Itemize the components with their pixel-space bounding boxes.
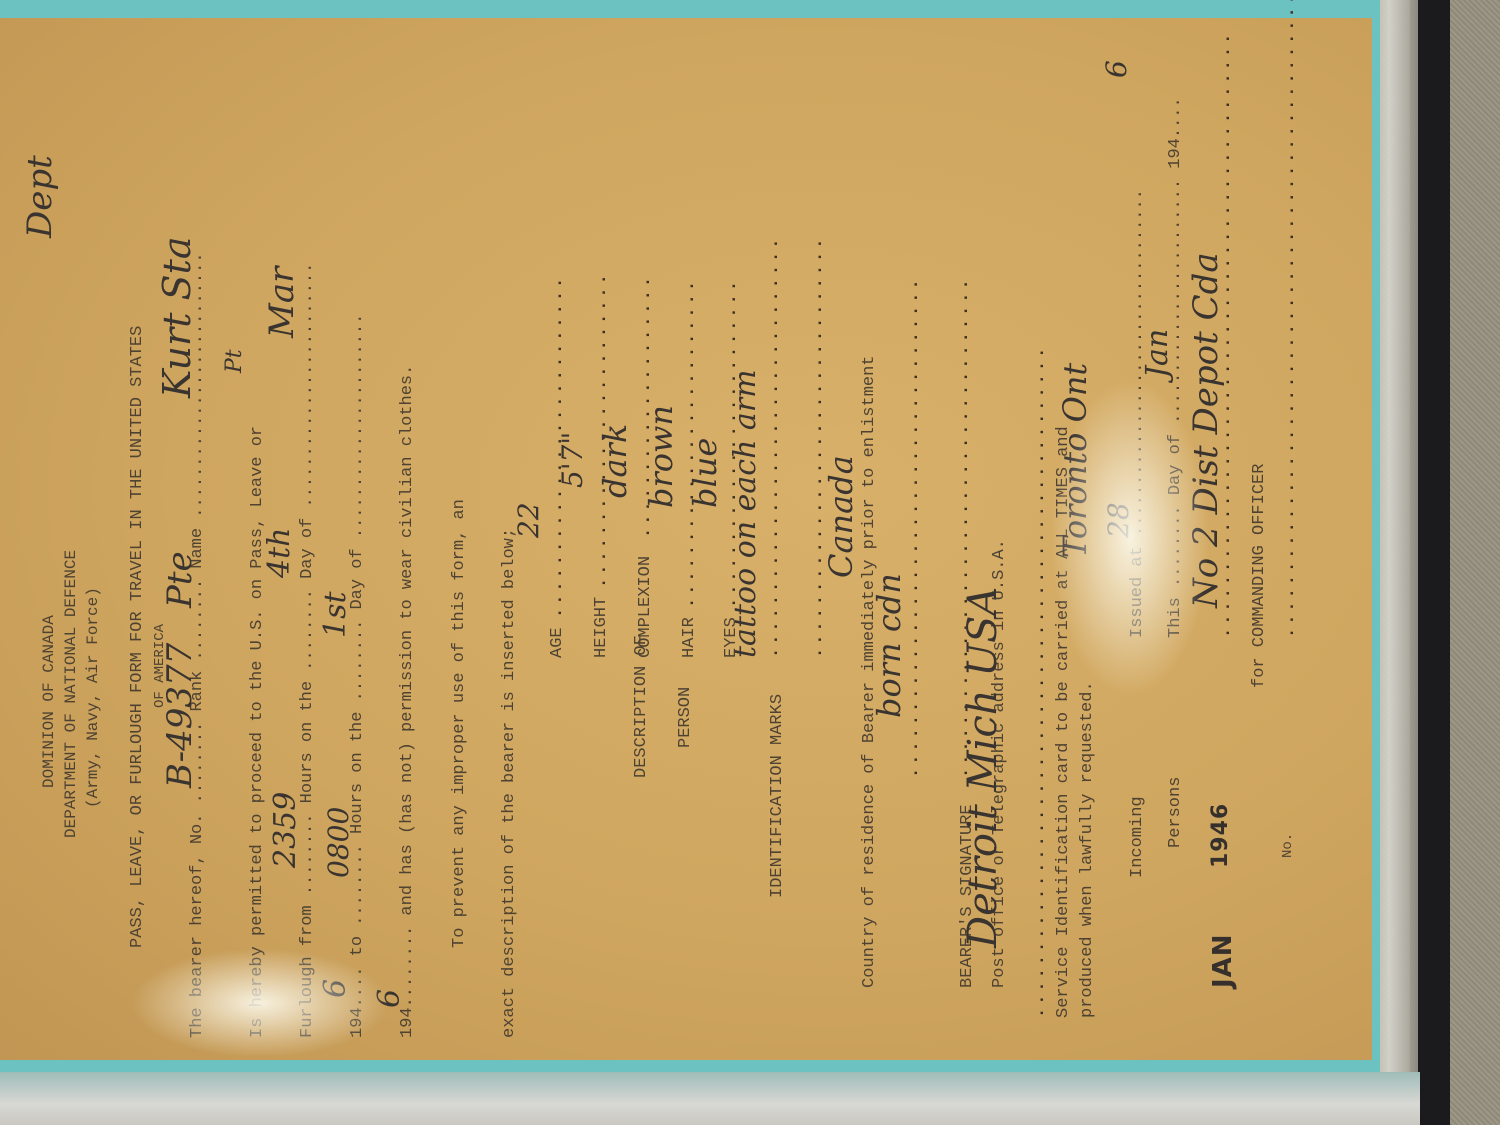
handwritten-country: Canada [822, 455, 860, 578]
header-line-2: DEPARTMENT OF NATIONAL DEFENCE [62, 550, 80, 838]
bottom-dots: ........................................… [1280, 0, 1299, 638]
handwritten-to-year: 6 [372, 989, 407, 1008]
handwritten-month: Mar [262, 267, 302, 338]
handwritten-country-detail: born cdn [870, 573, 908, 718]
no-label: No. [1280, 833, 1296, 858]
handwritten-year-start: 6 [318, 979, 353, 998]
sleeve-bottom-edge [0, 1072, 1420, 1125]
produced-line: produced when lawfully requested. [1078, 681, 1097, 1018]
handwritten-corner-note: Dept [20, 155, 60, 238]
issued-line: Issued at ..............................… [1128, 189, 1147, 638]
header-line-1: DOMINION OF CANADA [40, 615, 58, 788]
identification-dots-1: ................................ [764, 236, 783, 658]
handwritten-rank: Pte [160, 551, 200, 608]
permitted-line: Is hereby permitted to proceed to the U.… [248, 426, 267, 1038]
form-title: PASS, LEAVE, OR FURLOUGH FORM FOR TRAVEL… [128, 326, 147, 948]
hair-label: HAIR [680, 617, 699, 658]
age-label: AGE [548, 627, 567, 658]
handwritten-height: 5'7" [556, 432, 589, 488]
handwritten-age: 22 [512, 502, 545, 538]
handwritten-furlough-hours: 2359 [268, 792, 303, 868]
handwritten-hair: brown [642, 405, 680, 508]
handwritten-eyes: blue [686, 438, 724, 508]
date-stamp-month: JAN [1208, 933, 1238, 988]
officer-line: for COMMANDING OFFICER [1250, 464, 1269, 688]
handwritten-marks: tattoo on each arm [728, 369, 763, 658]
furlough-line: Furlough from ........ Hours on the ....… [298, 263, 317, 1038]
prevent-line: To prevent any improper use of this form… [450, 499, 469, 948]
height-label: HEIGHT [592, 597, 611, 658]
description-label-2: PERSON [676, 687, 695, 748]
handwritten-number: B-49377 [160, 643, 200, 788]
handwritten-name: Kurt Sta [155, 237, 199, 399]
handwritten-officer-signature: No 2 Dist Depot Cda [1186, 252, 1226, 608]
handwritten-day-issued: 28 [1102, 502, 1135, 538]
identification-dots-2: ................................ [808, 236, 827, 658]
identification-label: IDENTIFICATION MARKS [768, 694, 787, 898]
header-line-3: (Army, Navy, Air Force) [84, 587, 102, 808]
post-office-dots: ........................................… [1030, 345, 1049, 1018]
document-paper: Dept DOMINION OF CANADA DEPARTMENT OF NA… [0, 18, 1372, 1060]
handwritten-day-to: 1st [318, 591, 353, 638]
complexion-label: COMPLEXION [636, 556, 655, 658]
handwritten-day-from: 4th [262, 528, 297, 578]
handwritten-to-hours: 0800 [322, 807, 355, 878]
has-line: 194........ and has (has not) permission… [398, 365, 417, 1038]
document-content-lower: Post office or Telegraphic address in U.… [960, 38, 1500, 1078]
date-stamp-year: 1946 [1208, 803, 1233, 868]
incoming-label: Incoming [1128, 796, 1147, 878]
handwritten-leave-type: Pt [222, 349, 247, 373]
to-line: 194.... to ........ Hours on the .......… [348, 314, 367, 1038]
exact-description-line: exact description of the bearer is inser… [500, 528, 519, 1038]
handwritten-address: Detroit Mich USA [960, 587, 1006, 948]
handwritten-issued-at: Toronto Ont [1056, 363, 1094, 558]
handwritten-month-issued: Jan [1140, 329, 1175, 378]
handwritten-year-issued: 6 [1100, 60, 1133, 78]
handwritten-complexion: dark [596, 424, 634, 498]
persons-label: Persons [1166, 777, 1185, 848]
